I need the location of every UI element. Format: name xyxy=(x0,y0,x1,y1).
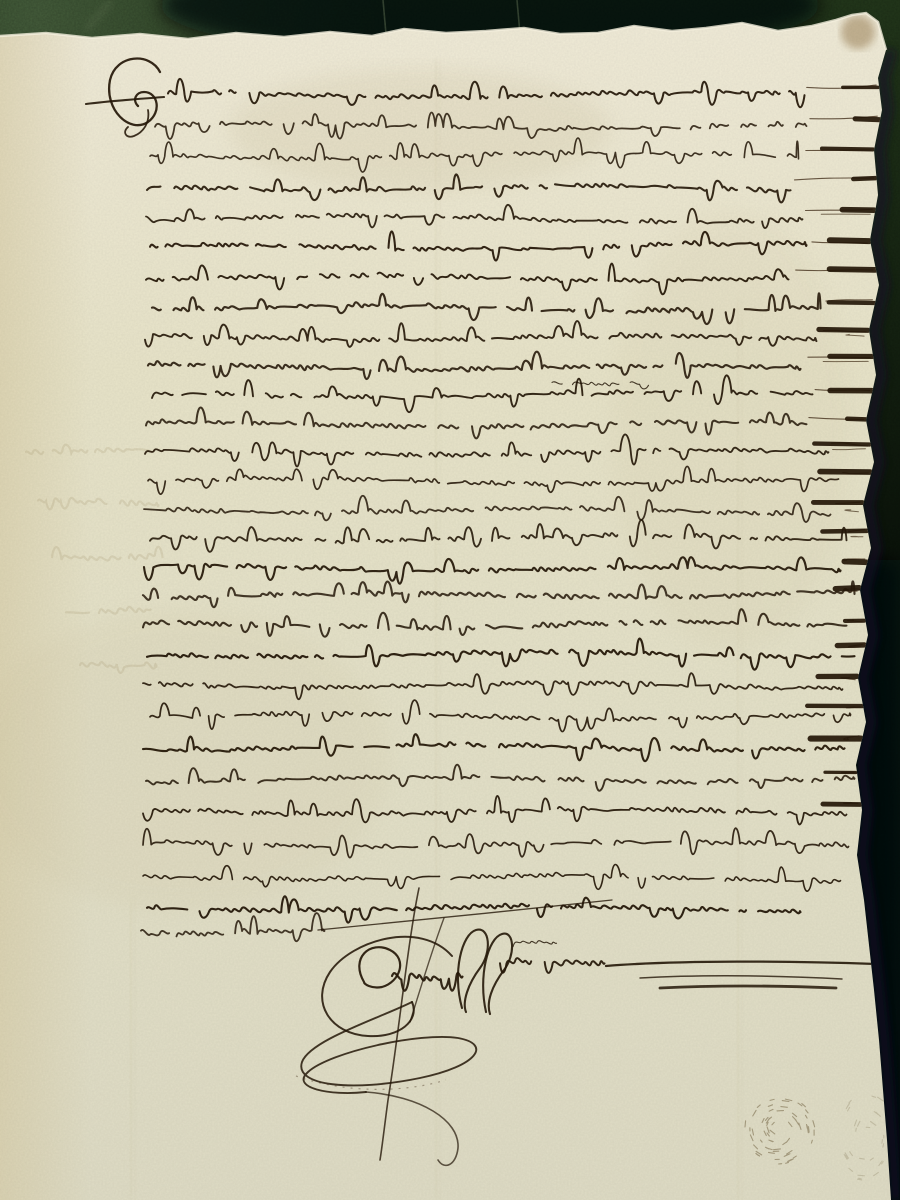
filler-end-blob xyxy=(844,562,867,563)
filler-end-blob xyxy=(829,302,875,303)
filler-end-blob xyxy=(835,588,859,589)
line-filler-stroke xyxy=(851,536,863,537)
filler-end-blob xyxy=(830,240,870,241)
paper-grain xyxy=(0,0,900,1200)
paper-sheet xyxy=(0,0,900,1200)
manuscript-photo xyxy=(0,0,900,1200)
filler-end-blob xyxy=(820,472,870,473)
filler-end-blob xyxy=(847,419,865,420)
filler-end-blob xyxy=(853,178,875,179)
filler-end-blob xyxy=(830,269,875,270)
filler-end-blob xyxy=(837,645,864,646)
filler-end-blob xyxy=(814,444,869,445)
filler-end-blob xyxy=(819,330,868,331)
photo-canvas xyxy=(0,0,900,1200)
filler-end-blob xyxy=(855,119,879,120)
filler-end-blob xyxy=(822,149,873,150)
filler-end-blob xyxy=(823,531,867,532)
filler-end-blob xyxy=(842,210,874,211)
